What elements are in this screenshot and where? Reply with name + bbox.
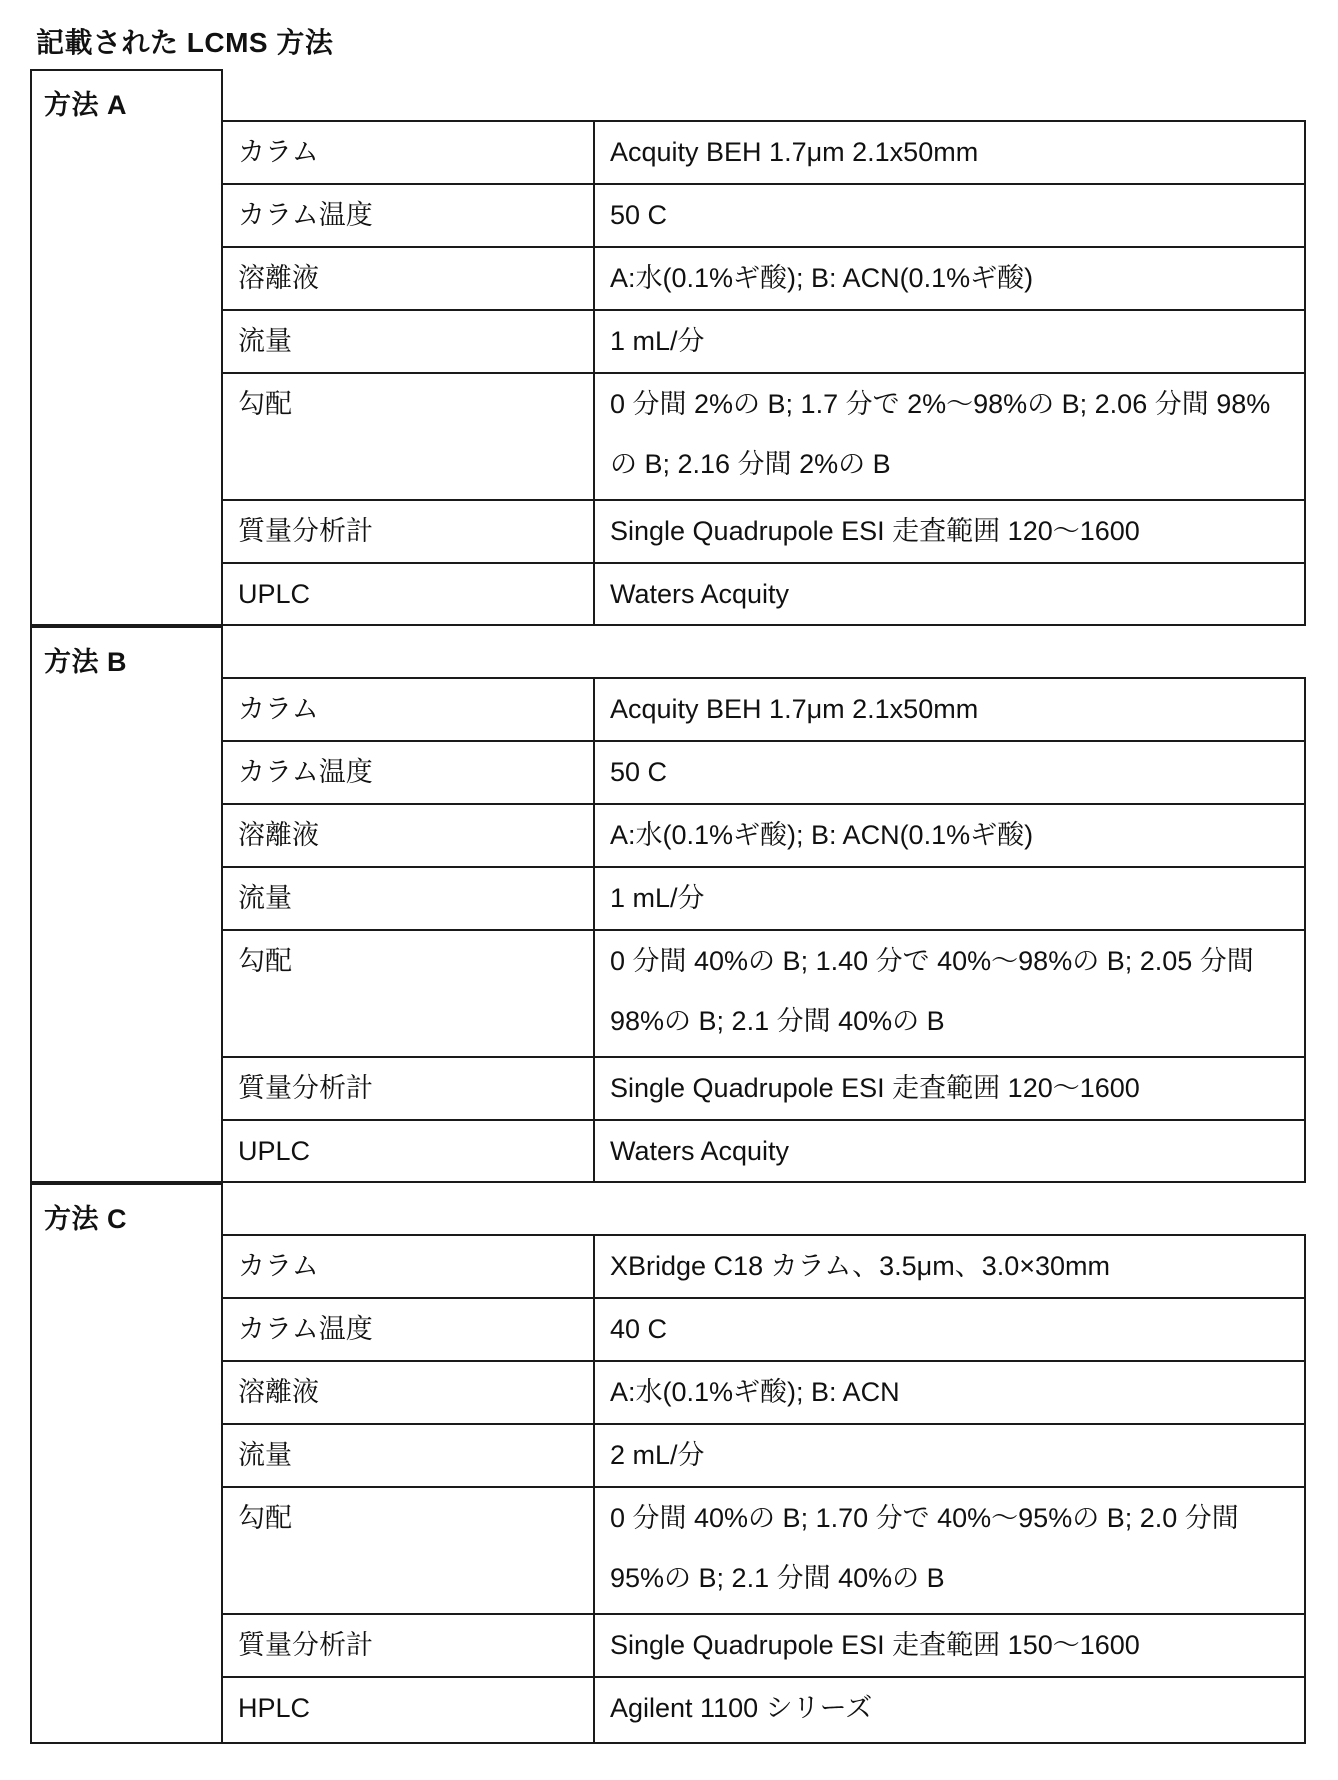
table-row: カラム温度 50 C (221, 185, 1306, 248)
method-b-section: 方法 B カラム Acquity BEH 1.7μm 2.1x50mm カラム温… (30, 626, 1306, 1183)
param-cell: 流量 (221, 868, 595, 931)
param-cell: 勾配 (221, 374, 595, 501)
value-cell: XBridge C18 カラム、3.5μm、3.0×30mm (595, 1234, 1306, 1299)
page-title: 記載された LCMS 方法 (36, 28, 1338, 58)
table-row: カラム XBridge C18 カラム、3.5μm、3.0×30mm (221, 1234, 1306, 1299)
table-row: カラム Acquity BEH 1.7μm 2.1x50mm (221, 120, 1306, 185)
value-cell: 2 mL/分 (595, 1425, 1306, 1488)
param-cell: カラム (221, 1234, 595, 1299)
method-c-section: 方法 C カラム XBridge C18 カラム、3.5μm、3.0×30mm … (30, 1183, 1306, 1744)
table-row: 勾配 0 分間 2%の B; 1.7 分で 2%〜98%の B; 2.06 分間… (221, 374, 1306, 501)
table-row: 溶離液 A:水(0.1%ギ酸); B: ACN(0.1%ギ酸) (221, 805, 1306, 868)
table-row: 流量 2 mL/分 (221, 1425, 1306, 1488)
method-b-label: 方法 B (30, 626, 223, 1183)
method-b-table: カラム Acquity BEH 1.7μm 2.1x50mm カラム温度 50 … (221, 677, 1306, 1183)
param-cell: 流量 (221, 1425, 595, 1488)
method-c-label: 方法 C (30, 1183, 223, 1744)
value-cell: 0 分間 40%の B; 1.40 分で 40%〜98%の B; 2.05 分間… (595, 931, 1306, 1058)
param-cell: HPLC (221, 1678, 595, 1744)
spacer (223, 1183, 1306, 1234)
value-cell: Acquity BEH 1.7μm 2.1x50mm (595, 677, 1306, 742)
method-a-content: カラム Acquity BEH 1.7μm 2.1x50mm カラム温度 50 … (223, 69, 1306, 626)
method-c-content: カラム XBridge C18 カラム、3.5μm、3.0×30mm カラム温度… (223, 1183, 1306, 1744)
table-row: 流量 1 mL/分 (221, 868, 1306, 931)
value-cell: 50 C (595, 185, 1306, 248)
table-row: カラム Acquity BEH 1.7μm 2.1x50mm (221, 677, 1306, 742)
table-row: 質量分析計 Single Quadrupole ESI 走査範囲 150〜160… (221, 1615, 1306, 1678)
value-cell: A:水(0.1%ギ酸); B: ACN(0.1%ギ酸) (595, 248, 1306, 311)
param-cell: 質量分析計 (221, 1058, 595, 1121)
spacer (223, 69, 1306, 120)
table-row: UPLC Waters Acquity (221, 1121, 1306, 1183)
table-row: カラム温度 40 C (221, 1299, 1306, 1362)
param-cell: カラム (221, 120, 595, 185)
param-cell: カラム温度 (221, 185, 595, 248)
method-a-section: 方法 A カラム Acquity BEH 1.7μm 2.1x50mm カラム温… (30, 69, 1306, 626)
value-cell: A:水(0.1%ギ酸); B: ACN(0.1%ギ酸) (595, 805, 1306, 868)
param-cell: 流量 (221, 311, 595, 374)
method-c-table: カラム XBridge C18 カラム、3.5μm、3.0×30mm カラム温度… (221, 1234, 1306, 1744)
value-cell: 40 C (595, 1299, 1306, 1362)
method-a-label: 方法 A (30, 69, 223, 626)
method-a-table: カラム Acquity BEH 1.7μm 2.1x50mm カラム温度 50 … (221, 120, 1306, 626)
table-row: 溶離液 A:水(0.1%ギ酸); B: ACN (221, 1362, 1306, 1425)
param-cell: カラム温度 (221, 1299, 595, 1362)
value-cell: Single Quadrupole ESI 走査範囲 120〜1600 (595, 501, 1306, 564)
value-cell: Acquity BEH 1.7μm 2.1x50mm (595, 120, 1306, 185)
document-page: 記載された LCMS 方法 方法 A カラム Acquity BEH 1.7μm… (0, 0, 1338, 1744)
table-row: 質量分析計 Single Quadrupole ESI 走査範囲 120〜160… (221, 1058, 1306, 1121)
value-cell: Single Quadrupole ESI 走査範囲 150〜1600 (595, 1615, 1306, 1678)
value-cell: 0 分間 2%の B; 1.7 分で 2%〜98%の B; 2.06 分間 98… (595, 374, 1306, 501)
param-cell: 溶離液 (221, 1362, 595, 1425)
param-cell: 勾配 (221, 1488, 595, 1615)
value-cell: 50 C (595, 742, 1306, 805)
table-row: 流量 1 mL/分 (221, 311, 1306, 374)
param-cell: UPLC (221, 564, 595, 626)
param-cell: 質量分析計 (221, 1615, 595, 1678)
value-cell: 0 分間 40%の B; 1.70 分で 40%〜95%の B; 2.0 分間 … (595, 1488, 1306, 1615)
table-row: 勾配 0 分間 40%の B; 1.70 分で 40%〜95%の B; 2.0 … (221, 1488, 1306, 1615)
table-row: 溶離液 A:水(0.1%ギ酸); B: ACN(0.1%ギ酸) (221, 248, 1306, 311)
param-cell: 溶離液 (221, 805, 595, 868)
value-cell: A:水(0.1%ギ酸); B: ACN (595, 1362, 1306, 1425)
table-row: カラム温度 50 C (221, 742, 1306, 805)
value-cell: Waters Acquity (595, 1121, 1306, 1183)
param-cell: カラム (221, 677, 595, 742)
table-row: 勾配 0 分間 40%の B; 1.40 分で 40%〜98%の B; 2.05… (221, 931, 1306, 1058)
value-cell: Single Quadrupole ESI 走査範囲 120〜1600 (595, 1058, 1306, 1121)
param-cell: 溶離液 (221, 248, 595, 311)
value-cell: Waters Acquity (595, 564, 1306, 626)
spacer (223, 626, 1306, 677)
value-cell: 1 mL/分 (595, 311, 1306, 374)
param-cell: カラム温度 (221, 742, 595, 805)
table-row: HPLC Agilent 1100 シリーズ (221, 1678, 1306, 1744)
method-b-content: カラム Acquity BEH 1.7μm 2.1x50mm カラム温度 50 … (223, 626, 1306, 1183)
param-cell: 勾配 (221, 931, 595, 1058)
table-row: 質量分析計 Single Quadrupole ESI 走査範囲 120〜160… (221, 501, 1306, 564)
table-row: UPLC Waters Acquity (221, 564, 1306, 626)
value-cell: 1 mL/分 (595, 868, 1306, 931)
value-cell: Agilent 1100 シリーズ (595, 1678, 1306, 1744)
param-cell: UPLC (221, 1121, 595, 1183)
param-cell: 質量分析計 (221, 501, 595, 564)
